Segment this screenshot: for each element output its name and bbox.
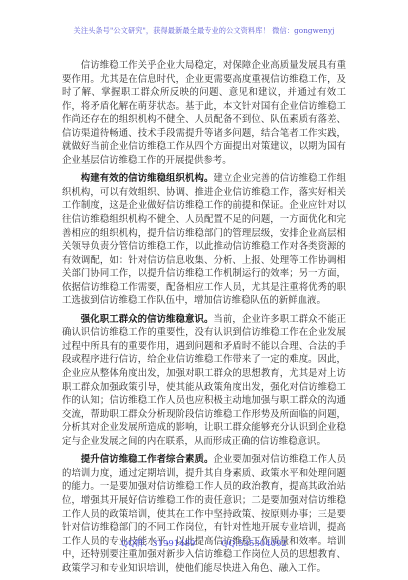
- org-structure-paragraph: 构建有效的信访维稳组织机构。建立企业完善的信访维稳工作组织机构，可以有效组织、协…: [62, 172, 346, 307]
- awareness-paragraph: 强化职工群众的信访维稳意识。当前，企业许多职工群众不能正确认识信访维稳工作的重要…: [62, 313, 346, 448]
- qq-group-number: QQ群：31991489: [121, 537, 195, 549]
- contact-footer: QQ群：31991489QQ:535304092: [0, 537, 408, 549]
- paragraph-text: 当前，企业许多职工群众不能正确认识信访维稳工作的重要性，没有认识到信访维稳工作在…: [62, 314, 346, 447]
- paragraph-lead: 强化职工群众的信访维稳意识。: [81, 314, 214, 325]
- staff-quality-paragraph: 提升信访维稳工作者综合素质。企业要加强对信访维稳工作人员的培训力度，通过定期培训…: [62, 453, 346, 575]
- promo-header: 关注头条号"公文研究"，获得最新最全最专业的公文资料库！ 微信：gongweny…: [0, 26, 408, 36]
- paragraph-text: 企业要加强对信访维稳工作人员的培训力度，通过定期培训，提升其自身素质、政策水平和…: [62, 454, 346, 573]
- intro-paragraph: 信访维稳工作关乎企业大局稳定，对保障企业高质量发展具有重要作用。尤其是在信息时代…: [62, 59, 346, 167]
- paragraph-text: 建立企业完善的信访维稳工作组织机构，可以有效组织、协调、推进企业信访维稳工作，落…: [62, 173, 346, 306]
- article-body: 信访维稳工作关乎企业大局稳定，对保障企业高质量发展具有重要作用。尤其是在信息时代…: [62, 59, 346, 580]
- qq-number: QQ:535304092: [221, 539, 286, 549]
- paragraph-text: 信访维稳工作关乎企业大局稳定，对保障企业高质量发展具有重要作用。尤其是在信息时代…: [62, 60, 346, 166]
- paragraph-lead: 构建有效的信访维稳组织机构。: [81, 173, 214, 184]
- paragraph-lead: 提升信访维稳工作者综合素质。: [81, 454, 214, 465]
